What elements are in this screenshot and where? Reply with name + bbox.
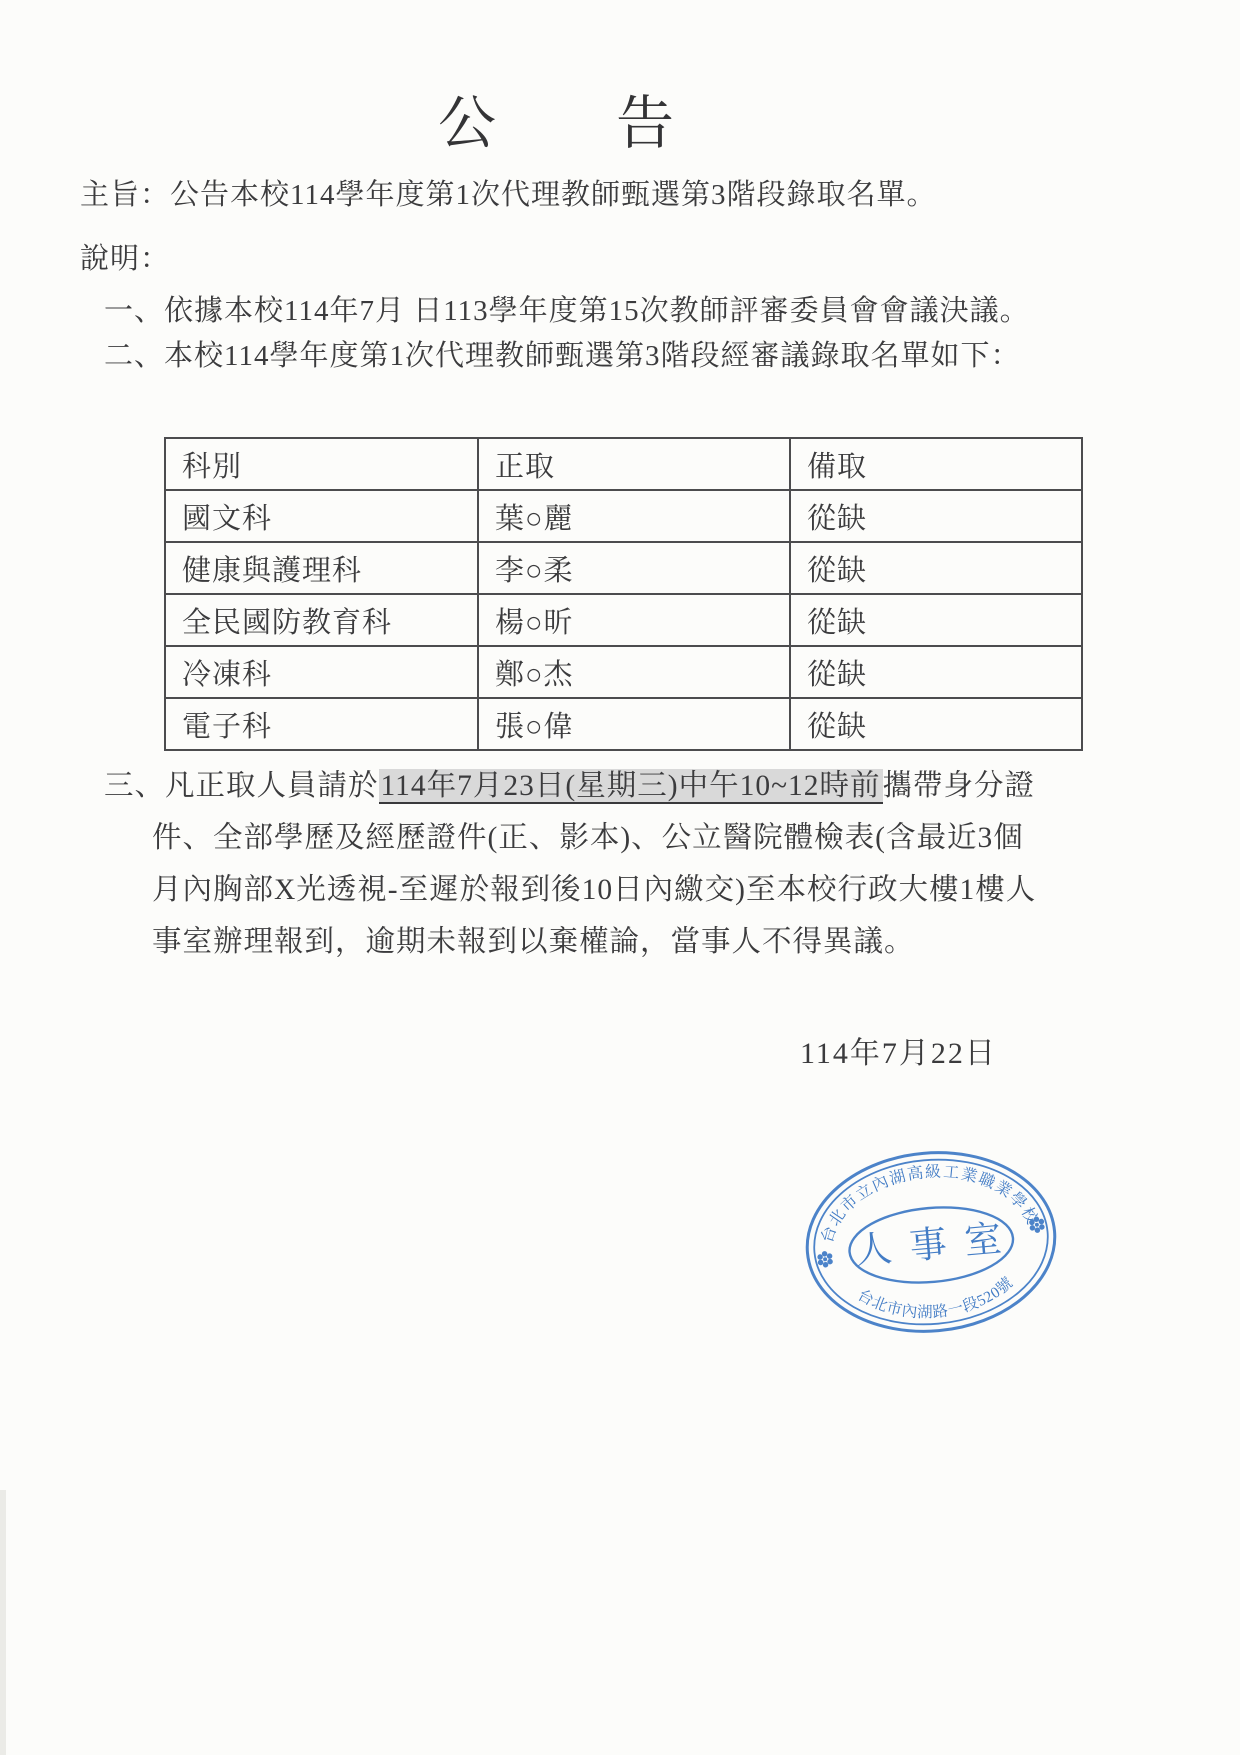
- table-cell-subject: 國文科: [165, 490, 478, 542]
- item-3-line-2: 件、全部學歷及經歷證件(正、影本)、公立醫院體檢表(含最近3個: [152, 812, 1134, 864]
- item-3-line-1: 三、凡正取人員請於114年7月23日(星期三)中午10~12時前攜帶身分證: [104, 760, 1134, 812]
- flower-icon: [817, 1250, 833, 1268]
- list-item-3: 三、凡正取人員請於114年7月23日(星期三)中午10~12時前攜帶身分證 件、…: [104, 760, 1134, 968]
- table-cell-subject: 冷凍科: [165, 646, 478, 698]
- table-row: 健康與護理科 李○柔 從缺: [165, 542, 1082, 594]
- table-header-cell: 備取: [790, 438, 1082, 490]
- item-3-text-pre: 凡正取人員請於: [165, 770, 379, 802]
- title-char-right: 告: [616, 95, 674, 153]
- table-cell-waitlist: 從缺: [790, 646, 1082, 698]
- table-cell-admitted: 李○柔: [478, 542, 790, 594]
- subject-line: 主旨：公告本校114學年度第1次代理教師甄選第3階段錄取名單。: [80, 172, 936, 213]
- page-title: 公 告: [438, 95, 674, 153]
- table-cell-subject: 全民國防教育科: [165, 594, 478, 646]
- table-header-cell: 正取: [478, 438, 790, 490]
- list-item-1: 一、依據本校114年7月 日113學年度第15次教師評審委員會會議決議。: [104, 288, 1030, 329]
- table-cell-waitlist: 從缺: [790, 490, 1082, 542]
- table-cell-subject: 電子科: [165, 698, 478, 750]
- list-item-2: 二、本校114學年度第1次代理教師甄選第3階段經審議錄取名單如下：: [104, 333, 1020, 374]
- issue-date: 114年7月22日: [800, 1028, 997, 1072]
- title-char-left: 公: [438, 95, 496, 153]
- list-item-2-number: 二、: [104, 340, 164, 372]
- table-cell-waitlist: 從缺: [790, 594, 1082, 646]
- table-cell-waitlist: 從缺: [790, 698, 1082, 750]
- table-cell-admitted: 鄭○杰: [478, 646, 790, 698]
- list-item-1-number: 一、: [104, 295, 164, 327]
- item-3-text-post: 攜帶身分證: [883, 770, 1036, 802]
- explanation-label: 說明：: [80, 236, 170, 277]
- table-cell-admitted: 張○偉: [478, 698, 790, 750]
- announcement-document: 公 告 主旨：公告本校114學年度第1次代理教師甄選第3階段錄取名單。 說明： …: [0, 0, 1240, 1755]
- item-3-line-4: 事室辦理報到，逾期未報到以棄權論，當事人不得異議。: [152, 916, 1134, 968]
- deadline-highlight: 114年7月23日(星期三)中午10~12時前: [379, 769, 883, 804]
- table-cell-subject: 健康與護理科: [165, 542, 478, 594]
- admission-table: 科別 正取 備取 國文科 葉○麗 從缺 健康與護理科 李○柔 從缺 全民國防教育…: [164, 437, 1083, 751]
- scan-edge-artifact: [0, 1490, 6, 1755]
- table-cell-admitted: 葉○麗: [478, 490, 790, 542]
- item-3-line-3: 月內胸部X光透視-至遲於報到後10日內繳交)至本校行政大樓1樓人: [152, 864, 1134, 916]
- list-item-1-text: 依據本校114年7月 日113學年度第15次教師評審委員會會議決議。: [164, 295, 1030, 327]
- table-row: 冷凍科 鄭○杰 從缺: [165, 646, 1082, 698]
- subject-label: 主旨：: [80, 179, 170, 211]
- list-item-3-number: 三、: [104, 770, 165, 802]
- table-row: 國文科 葉○麗 從缺: [165, 490, 1082, 542]
- personnel-office-stamp: 台北市立內湖高級工業職業學校 台北市內湖路一段520號 人事室: [799, 1146, 1063, 1338]
- subject-text: 公告本校114學年度第1次代理教師甄選第3階段錄取名單。: [170, 179, 936, 211]
- table-header-row: 科別 正取 備取: [165, 438, 1082, 490]
- table-row: 電子科 張○偉 從缺: [165, 698, 1082, 750]
- table-header-cell: 科別: [165, 438, 478, 490]
- list-item-2-text: 本校114學年度第1次代理教師甄選第3階段經審議錄取名單如下：: [164, 340, 1020, 372]
- table-row: 全民國防教育科 楊○昕 從缺: [165, 594, 1082, 646]
- table-cell-waitlist: 從缺: [790, 542, 1082, 594]
- table-cell-admitted: 楊○昕: [478, 594, 790, 646]
